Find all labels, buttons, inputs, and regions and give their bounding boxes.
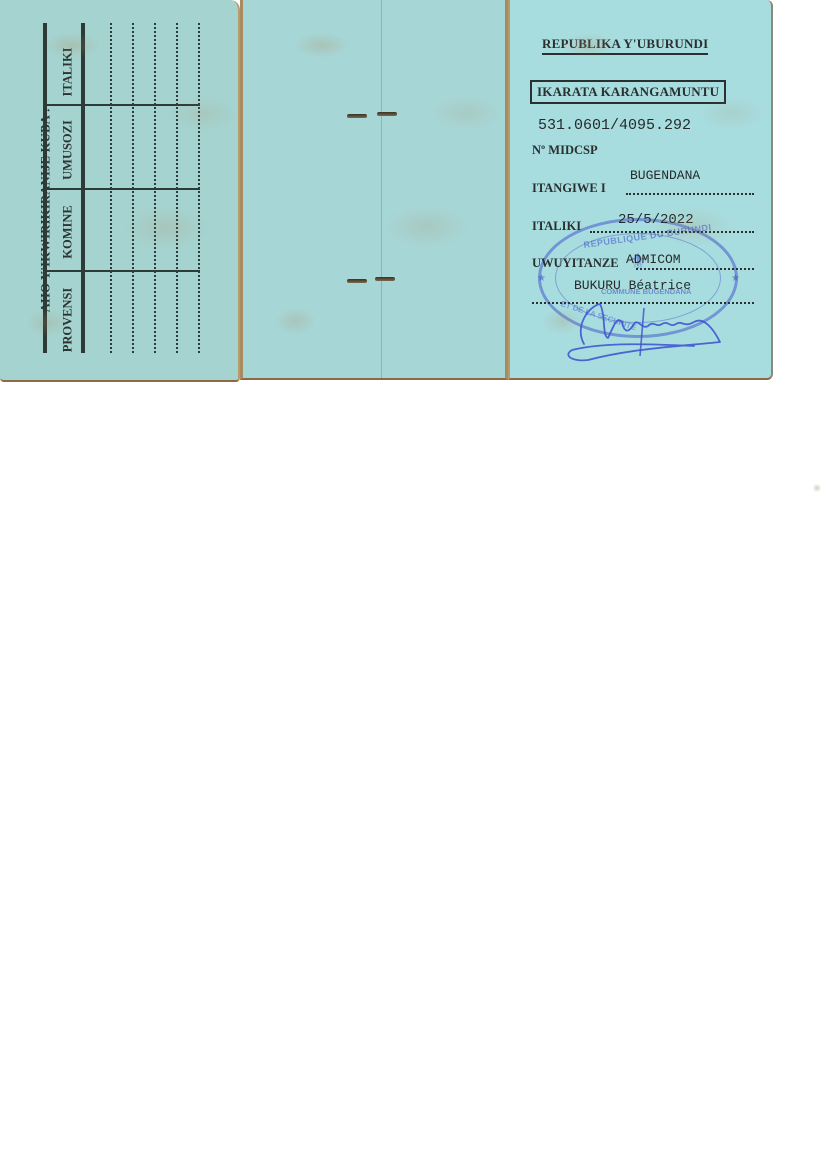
dotted-line	[626, 193, 754, 195]
star-icon: ★	[731, 273, 740, 284]
blank-spine-panel	[240, 0, 508, 380]
column-header-italiki: ITALIKI	[61, 47, 76, 96]
staple-icon	[347, 114, 367, 118]
fold-crease	[381, 0, 382, 380]
issuer-field: UWUYITANZE	[532, 255, 754, 271]
date-label: ITALIKI	[532, 219, 581, 234]
star-icon: ★	[537, 273, 546, 284]
card-number-label: Nº MIDCSP	[532, 143, 598, 158]
card-number: 531.0601/4095.292	[538, 117, 691, 134]
address-history-table: AHO Y'IKWIRIKIRANIJE KUBA : PROVENSI KOM…	[20, 20, 210, 360]
entry-row-line	[154, 23, 156, 353]
country-heading: REPUBLIKA Y'UBURUNDI	[542, 36, 708, 55]
id-details-panel: REPUBLIKA Y'UBURUNDI IKARATA KARANGAMUNT…	[508, 0, 773, 380]
card-title: IKARATA KARANGAMUNTU	[530, 80, 726, 104]
entry-row-line	[132, 23, 134, 353]
entry-row-line	[110, 23, 112, 353]
issued-at-field: ITANGIWE I	[532, 180, 754, 196]
dotted-line	[636, 268, 754, 270]
scan-speck	[812, 484, 822, 492]
date-field: ITALIKI	[532, 218, 754, 234]
column-header-komine: KOMINE	[61, 205, 76, 258]
column-header-umusozi: UMUSOZI	[61, 120, 76, 180]
entry-row-line	[198, 23, 200, 353]
issuer-label: UWUYITANZE	[532, 256, 619, 271]
staple-icon	[377, 112, 397, 116]
signature-icon	[544, 286, 744, 366]
column-header-provensi: PROVENSI	[61, 288, 76, 353]
dotted-line	[590, 231, 754, 233]
entry-row-line	[176, 23, 178, 353]
stamp-bottom-text: ET DE LA SECURITE	[560, 299, 638, 332]
issued-at-label: ITANGIWE I	[532, 181, 606, 196]
id-card: AHO Y'IKWIRIKIRANIJE KUBA : PROVENSI KOM…	[0, 0, 773, 382]
issuer-name: BUKURU Béatrice	[574, 278, 691, 293]
staple-icon	[347, 279, 367, 283]
address-history-panel: AHO Y'IKWIRIKIRANIJE KUBA : PROVENSI KOM…	[0, 0, 240, 382]
signature-line	[532, 302, 754, 304]
staple-icon	[375, 277, 395, 281]
